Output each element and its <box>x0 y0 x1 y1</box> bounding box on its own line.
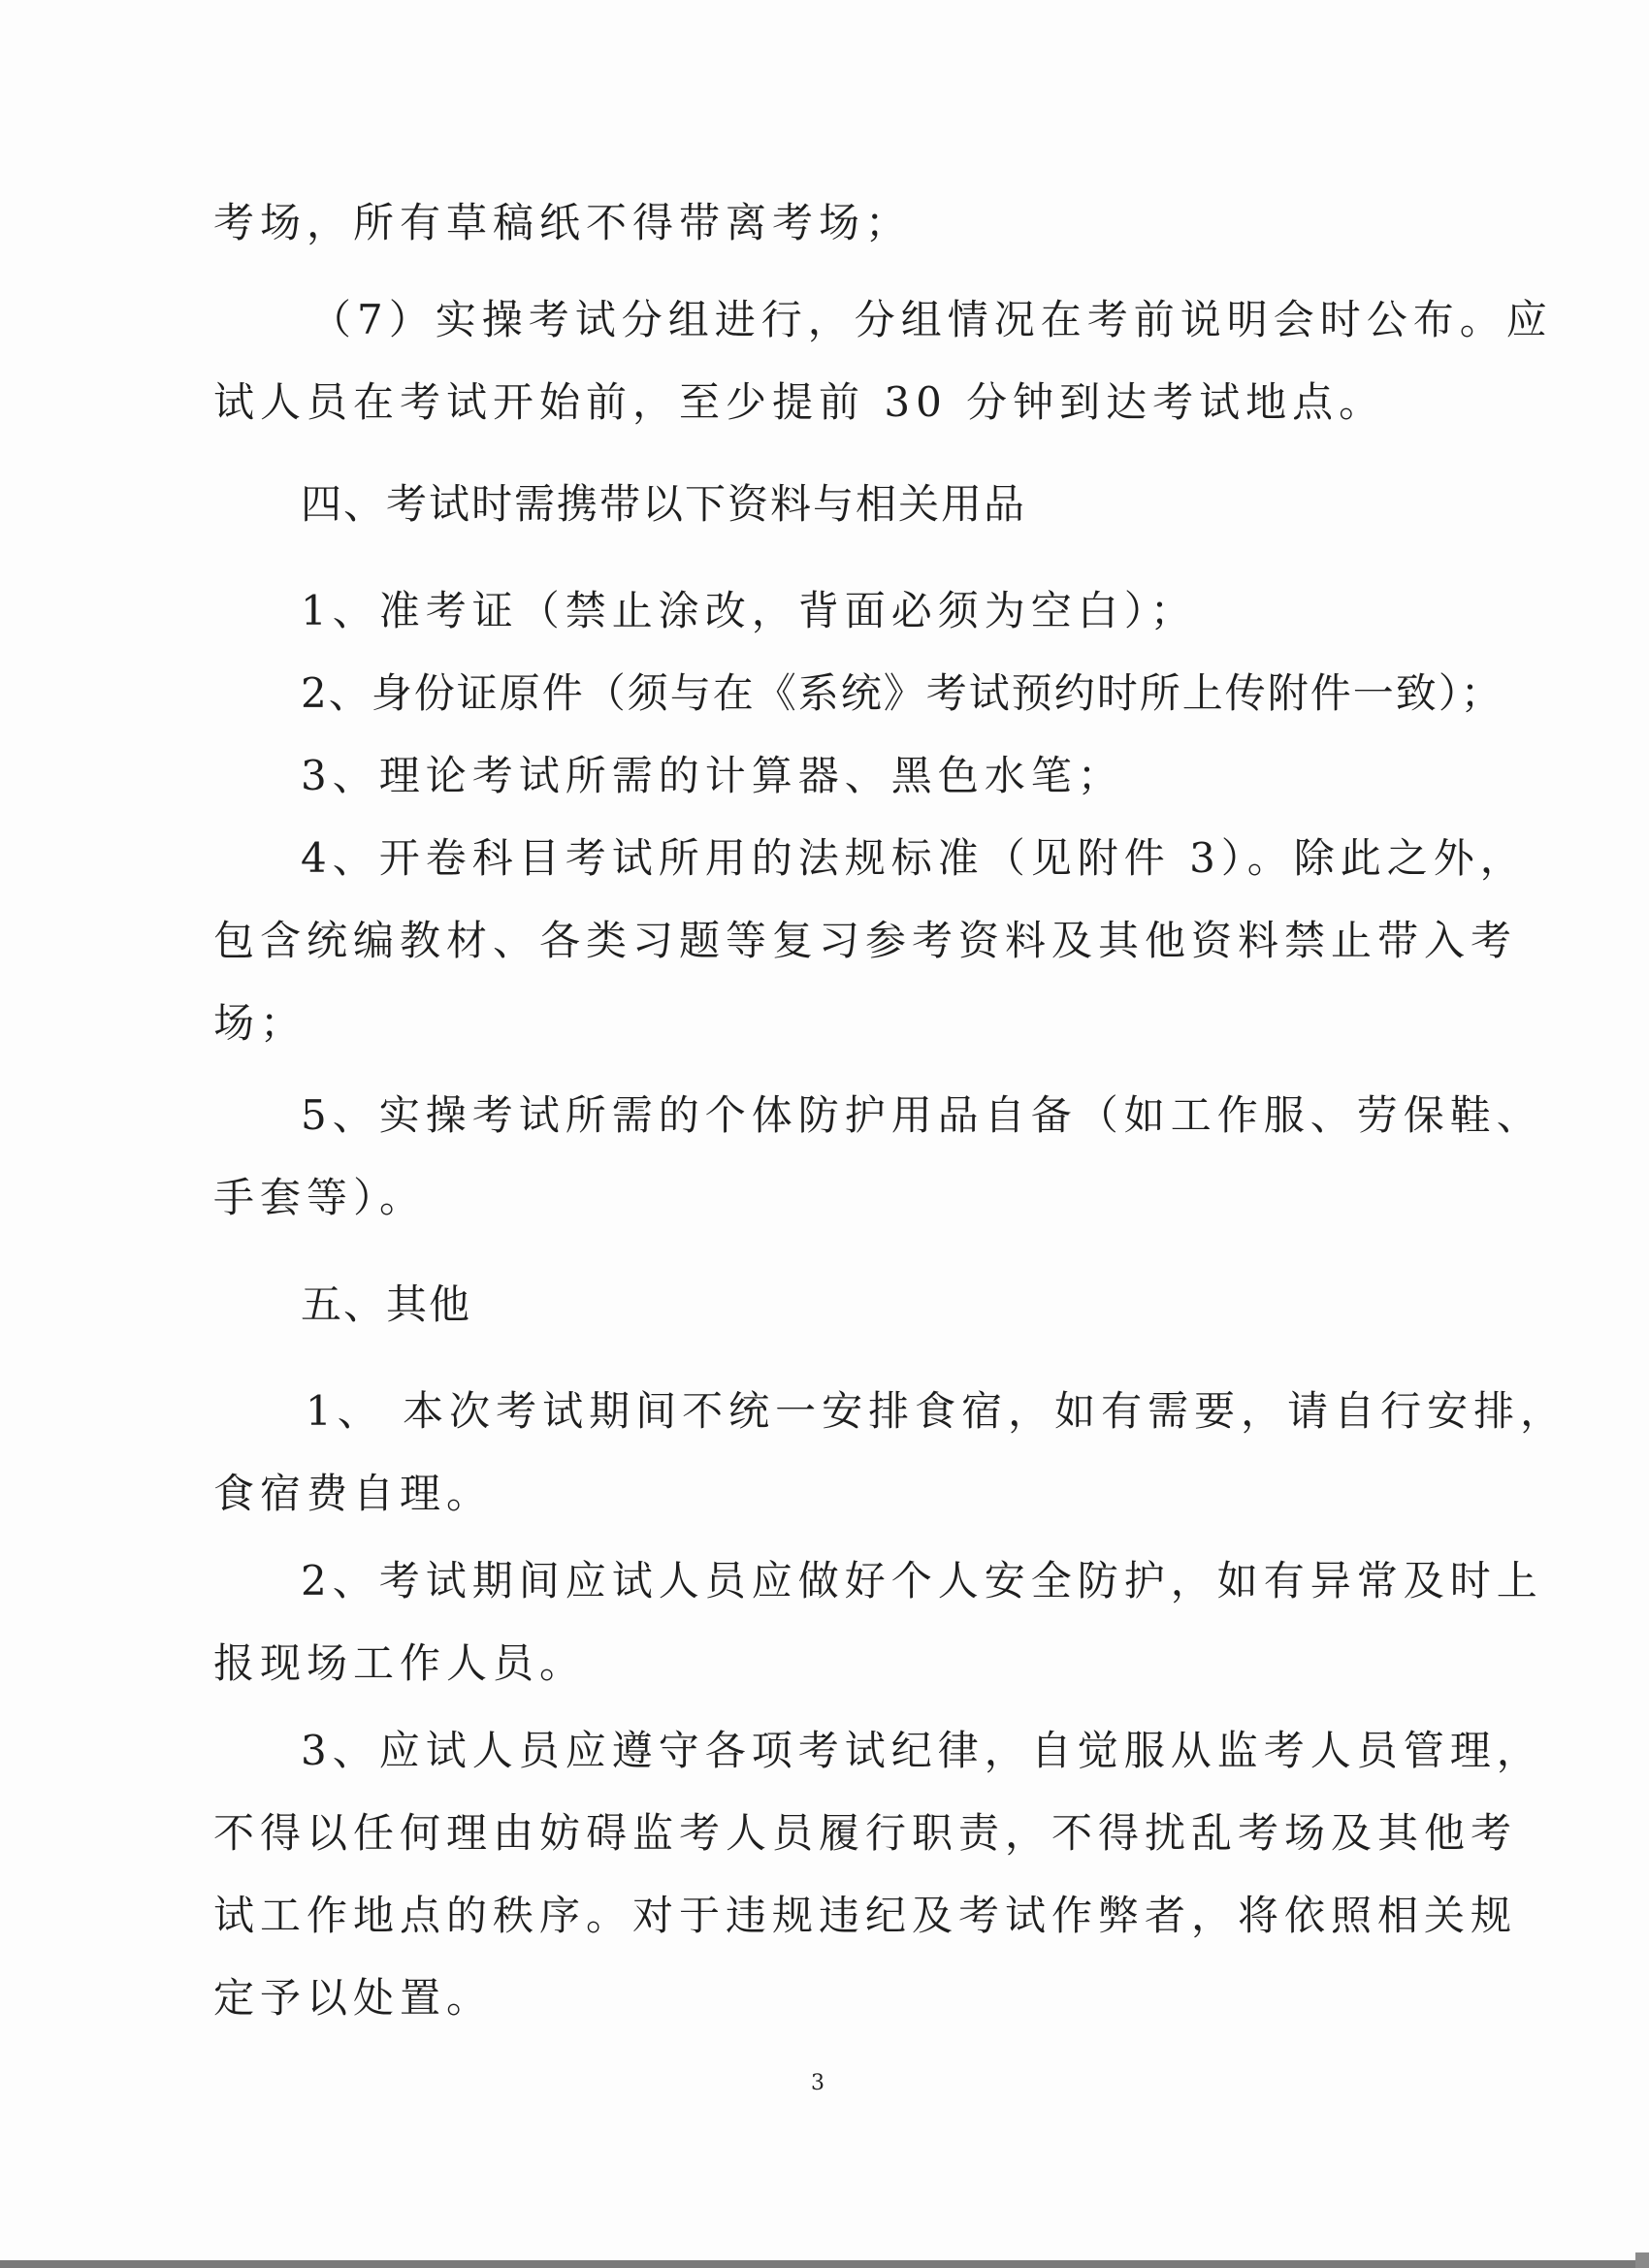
list-item-continuation: 试工作地点的秩序。对于违规违纪及考试作弊者，将依照相关规 <box>213 1887 1426 1945</box>
paragraph-line: 考场，所有草稿纸不得带离考场； <box>213 194 1426 252</box>
scan-edge <box>0 2260 1649 2268</box>
list-item: 1、准考证（禁止涂改，背面必须为空白）； <box>301 582 1513 640</box>
section-heading-5: 五、其他 <box>301 1276 1513 1334</box>
list-item: 5、实操考试所需的个体防护用品自备（如工作服、劳保鞋、 <box>301 1086 1513 1145</box>
list-item-continuation: 手套等）。 <box>213 1169 1426 1227</box>
document-page: 考场，所有草稿纸不得带离考场； （7）实操考试分组进行，分组情况在考前说明会时公… <box>0 0 1649 2268</box>
list-item-continuation: 包含统编教材、各类习题等复习参考资料及其他资料禁止带入考 <box>213 912 1426 970</box>
list-item: 2、身份证原件（须与在《系统》考试预约时所上传附件一致）； <box>301 664 1513 723</box>
list-item: 2、考试期间应试人员应做好个人安全防护，如有异常及时上 <box>301 1552 1513 1610</box>
list-item: 3、应试人员应遵守各项考试纪律，自觉服从监考人员管理， <box>301 1722 1513 1780</box>
paragraph-line: 试人员在考试开始前，至少提前 30 分钟到达考试地点。 <box>213 373 1426 432</box>
paragraph-line: （7）实操考试分组进行，分组情况在考前说明会时公布。应 <box>310 291 1523 349</box>
list-item-continuation: 报现场工作人员。 <box>213 1635 1426 1693</box>
list-item-continuation: 不得以任何理由妨碍监考人员履行职责，不得扰乱考场及其他考 <box>213 1804 1426 1863</box>
list-item-continuation: 食宿费自理。 <box>213 1465 1426 1523</box>
page-number: 3 <box>811 2071 824 2095</box>
list-item: 4、开卷科目考试所用的法规标准（见附件 3）。除此之外， <box>301 829 1513 888</box>
list-item-continuation: 定予以处置。 <box>213 1969 1426 2027</box>
list-item-continuation: 场； <box>213 994 1426 1053</box>
list-item: 3、理论考试所需的计算器、黑色水笔； <box>301 747 1513 805</box>
scan-corner <box>1635 2252 1649 2268</box>
section-heading-4: 四、考试时需携带以下资料与相关用品 <box>301 475 1513 534</box>
list-item: 1、 本次考试期间不统一安排食宿，如有需要，请自行安排， <box>306 1382 1518 1441</box>
